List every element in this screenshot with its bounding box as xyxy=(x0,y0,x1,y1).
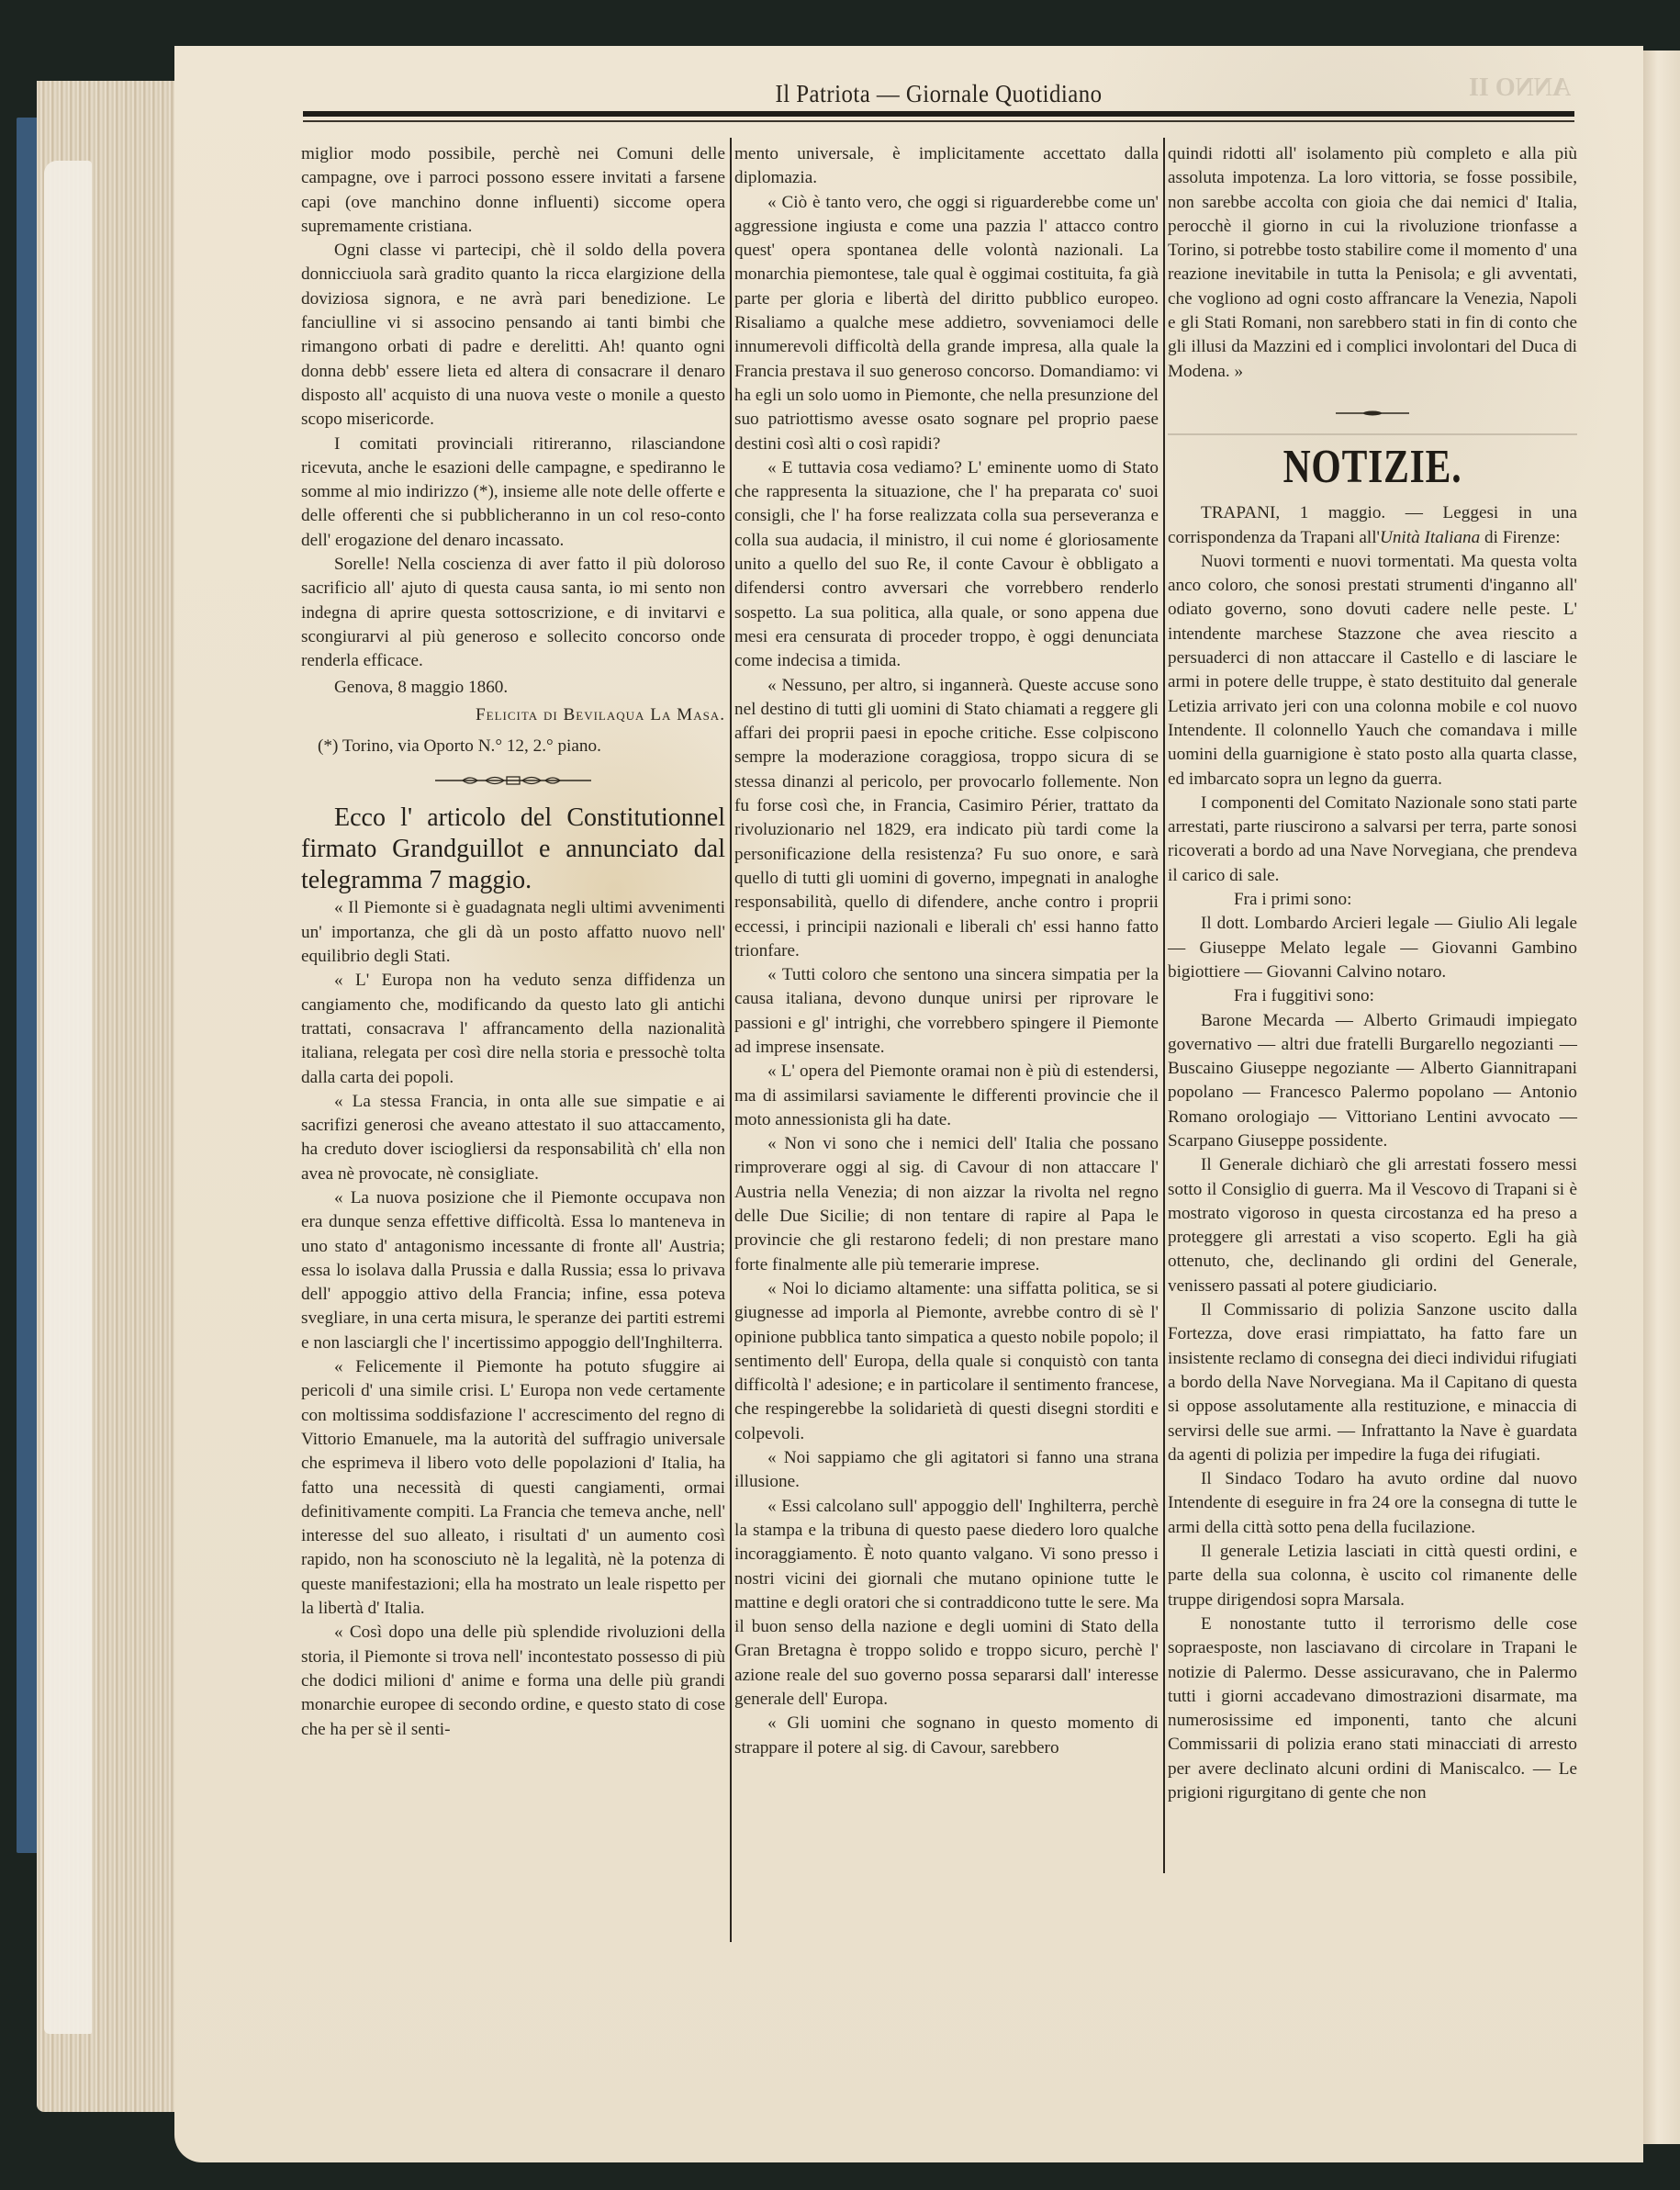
flourish-ornament-icon xyxy=(435,773,591,788)
paragraph: « Ciò è tanto vero, che oggi si riguarde… xyxy=(734,191,1159,456)
paragraph: « Non vi sono che i nemici dell' Italia … xyxy=(734,1132,1159,1277)
article-paragraph: « La stessa Francia, in onta alle sue si… xyxy=(301,1090,725,1186)
page-slip xyxy=(44,161,92,2034)
paragraph: « Essi calcolano sull' appoggio dell' In… xyxy=(734,1495,1159,1713)
left-column: miglior modo possibile, perchè nei Comun… xyxy=(301,142,725,1742)
section-rule xyxy=(1168,433,1577,435)
news-paragraph: Nuovi tormenti e nuovi tormentati. Ma qu… xyxy=(1168,550,1577,792)
masthead: Il Patriota — Giornale Quotidiano xyxy=(303,69,1574,124)
article-paragraph: « Così dopo una delle più splendide rivo… xyxy=(301,1621,725,1741)
list-label: Fra i fuggitivi sono: xyxy=(1168,984,1577,1008)
masthead-rule-thick xyxy=(303,111,1574,117)
paragraph: « Tutti coloro che sentono una sincera s… xyxy=(734,963,1159,1060)
ornamental-divider xyxy=(301,758,725,803)
news-paragraph: I componenti del Comitato Nazionale sono… xyxy=(1168,792,1577,888)
newspaper-title: Il Patriota — Giornale Quotidiano xyxy=(353,80,1523,108)
news-lead: TRAPANI, 1 maggio. — Leggesi in una corr… xyxy=(1168,501,1577,550)
dateline: Genova, 8 maggio 1860. xyxy=(301,676,725,700)
news-paragraph: Il Generale dichiarò che gli arrestati f… xyxy=(1168,1153,1577,1298)
paragraph: « L' opera del Piemonte oramai non è più… xyxy=(734,1060,1159,1132)
news-paragraph: E nonostante tutto il terrorismo delle c… xyxy=(1168,1612,1577,1805)
article-paragraph: « La nuova posizione che il Piemonte occ… xyxy=(301,1186,725,1355)
article-paragraph: « Felicemente il Piemonte ha potuto sfug… xyxy=(301,1355,725,1621)
news-lead-text: di Firenze: xyxy=(1480,528,1560,547)
paragraph: quindi ridotti all' isolamento più compl… xyxy=(1168,142,1577,384)
article-heading: Ecco l' articolo del Constitutionnel fir… xyxy=(301,803,725,896)
paragraph: I comitati provinciali ritireranno, rila… xyxy=(301,432,725,553)
newspaper-name: Unità Italiana xyxy=(1380,528,1480,547)
name-list: Il dott. Lombardo Arcieri legale — Giuli… xyxy=(1168,912,1577,984)
signature: Felicita di Bevilaqua La Masa. xyxy=(301,703,725,727)
masthead-rule-thin xyxy=(303,120,1574,122)
paragraph: Sorelle! Nella coscienza di aver fatto i… xyxy=(301,553,725,673)
article-paragraph: « Il Piemonte si è guadagnata negli ulti… xyxy=(301,896,725,969)
paragraph: miglior modo possibile, perchè nei Comun… xyxy=(301,142,725,239)
article-paragraph: « L' Europa non ha veduto senza diffiden… xyxy=(301,969,725,1089)
news-paragraph: Il Commissario di polizia Sanzone uscito… xyxy=(1168,1298,1577,1467)
paragraph: « Gli uomini che sognano in questo momen… xyxy=(734,1712,1159,1760)
dash-ornament-icon xyxy=(1336,410,1409,417)
news-paragraph: Il Sindaco Todaro ha avuto ordine dal nu… xyxy=(1168,1467,1577,1540)
page-right-edge xyxy=(1643,51,1680,2144)
paragraph: « E tuttavia cosa vediamo? L' eminente u… xyxy=(734,456,1159,674)
column-divider xyxy=(1163,138,1165,1873)
news-paragraph: Il generale Letizia lasciati in città qu… xyxy=(1168,1540,1577,1612)
right-column: quindi ridotti all' isolamento più compl… xyxy=(1168,142,1577,1805)
paragraph: « Noi sappiamo che gli agitatori si fann… xyxy=(734,1446,1159,1495)
section-title-notizie: NOTIZIE. xyxy=(1209,455,1537,479)
footnote: (*) Torino, via Oporto N.° 12, 2.° piano… xyxy=(301,735,725,758)
paragraph: mento universale, è implicitamente accet… xyxy=(734,142,1159,191)
paragraph: « Noi lo diciamo altamente: una siffatta… xyxy=(734,1277,1159,1446)
paragraph: Ogni classe vi partecipi, chè il soldo d… xyxy=(301,239,725,432)
middle-column: mento universale, è implicitamente accet… xyxy=(734,142,1159,1760)
short-divider xyxy=(1168,410,1577,417)
name-list: Barone Mecarda — Alberto Grimaudi impieg… xyxy=(1168,1009,1577,1154)
paragraph: « Nessuno, per altro, si ingannerà. Ques… xyxy=(734,674,1159,964)
column-divider xyxy=(730,138,732,1942)
list-label: Fra i primi sono: xyxy=(1168,888,1577,912)
